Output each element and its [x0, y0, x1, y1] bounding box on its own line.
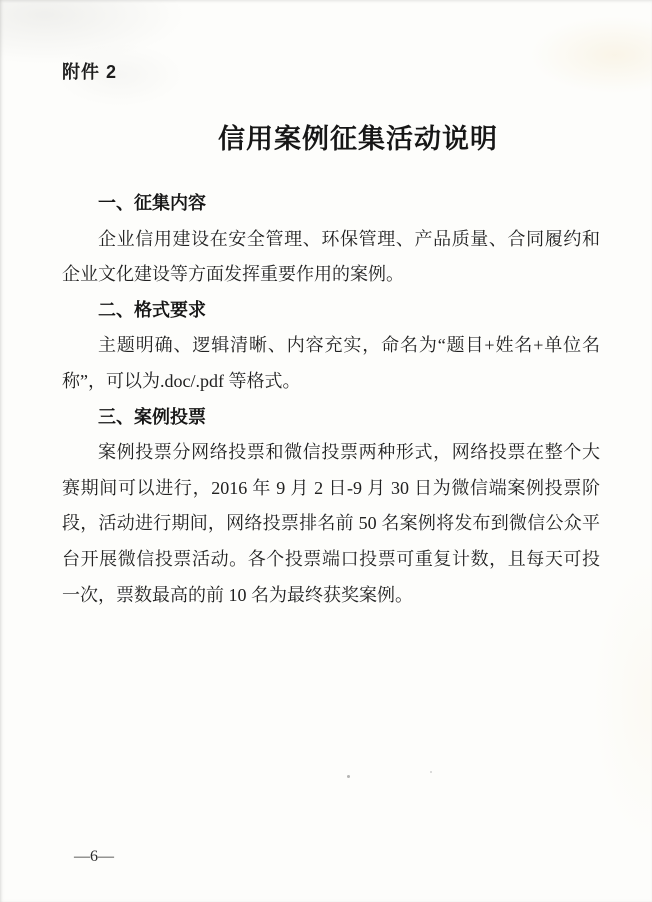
- attachment-label: 附件 2: [62, 60, 117, 84]
- section-paragraph: 案例投票分网络投票和微信投票两种形式，网络投票在整个大赛期间可以进行，2016 …: [62, 435, 600, 613]
- section-heading-1: 一、征集内容: [62, 186, 600, 222]
- section-paragraph: 主题明确、逻辑清晰、内容充实，命名为“题目+姓名+单位名称”，可以为.doc/.…: [62, 328, 600, 399]
- document-page: 附件 2 信用案例征集活动说明 一、征集内容 企业信用建设在安全管理、环保管理、…: [0, 0, 652, 902]
- page-number: —6—: [74, 848, 114, 866]
- document-body: 一、征集内容 企业信用建设在安全管理、环保管理、产品质量、合同履约和企业文化建设…: [62, 186, 600, 613]
- scan-speck: [347, 775, 350, 778]
- section-heading-2: 二、格式要求: [62, 293, 600, 329]
- section-paragraph: 企业信用建设在安全管理、环保管理、产品质量、合同履约和企业文化建设等方面发挥重要…: [62, 222, 600, 293]
- scan-speck: [430, 771, 432, 773]
- section-collection-content: 一、征集内容 企业信用建设在安全管理、环保管理、产品质量、合同履约和企业文化建设…: [62, 186, 600, 293]
- section-format-requirements: 二、格式要求 主题明确、逻辑清晰、内容充实，命名为“题目+姓名+单位名称”，可以…: [62, 293, 600, 400]
- section-case-voting: 三、案例投票 案例投票分网络投票和微信投票两种形式，网络投票在整个大赛期间可以进…: [62, 400, 600, 614]
- page-title: 信用案例征集活动说明: [0, 120, 652, 158]
- section-heading-3: 三、案例投票: [62, 400, 600, 436]
